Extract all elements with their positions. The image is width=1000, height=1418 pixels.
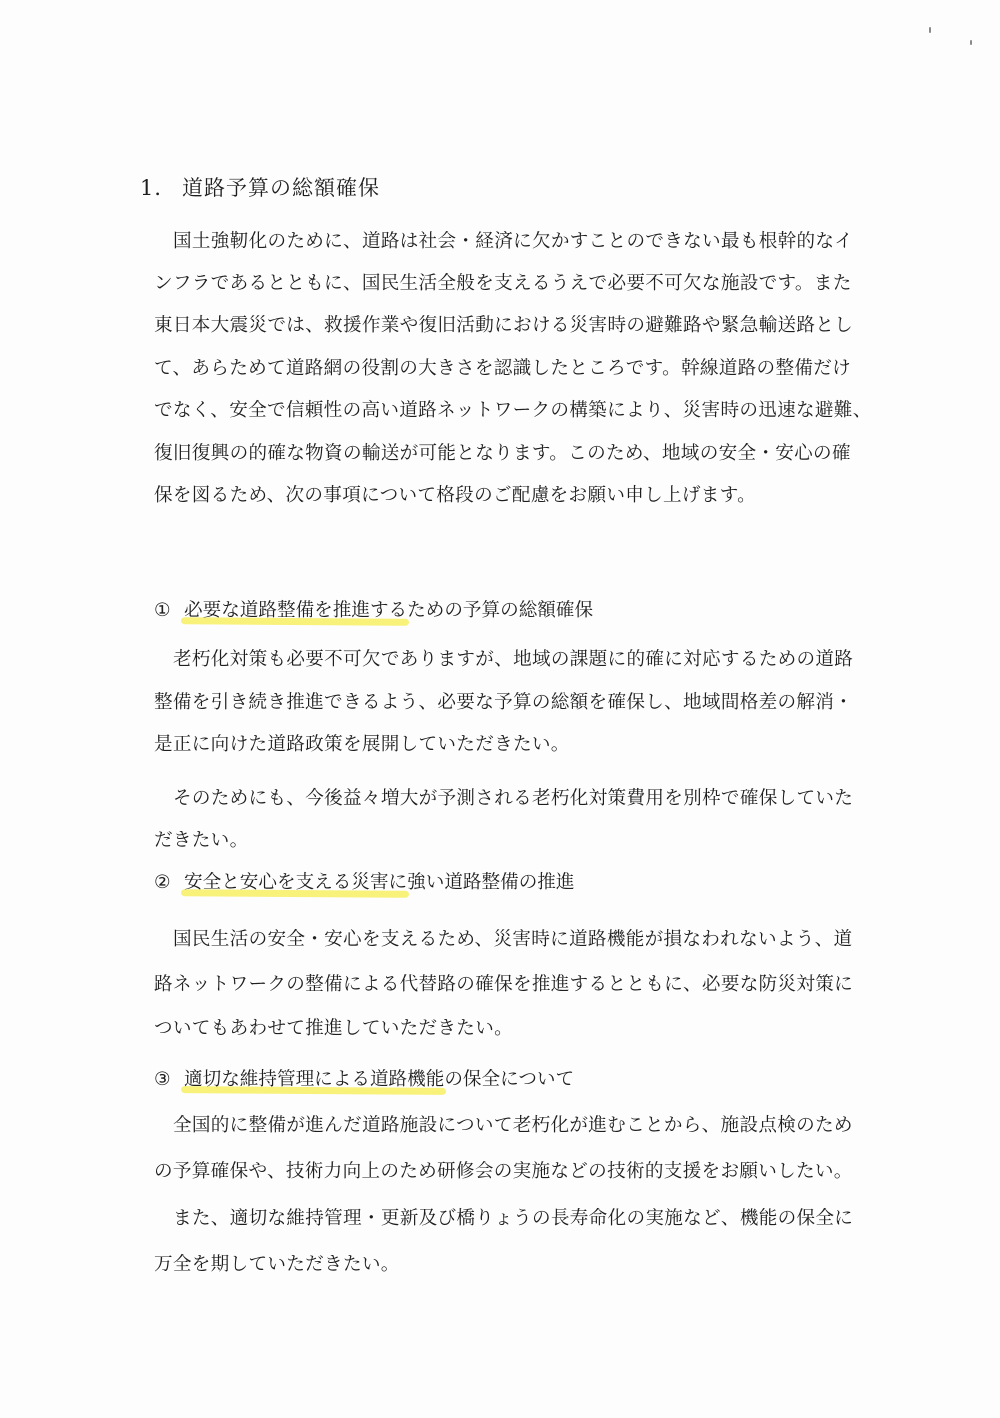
intro-line: 国土強靭化のために、道路は社会・経済に欠かすことのできない最も根幹的なイ [173,230,853,254]
section-title: 道路予算の総額確保 [182,176,380,200]
item-3-mark: ③ [154,1068,184,1092]
section-heading: 1．道路予算の総額確保 [140,172,380,202]
item-2-mark: ② [154,871,184,895]
item-2-heading: ②安全と安心を支える災害に強い道路整備の推進 [154,871,575,895]
item-3-line: また、適切な維持管理・更新及び橋りょうの長寿命化の実施など、機能の保全に [173,1207,853,1231]
scanned-document-page: 1．道路予算の総額確保 国土強靭化のために、道路は社会・経済に欠かすことのできな… [0,0,1000,1418]
scan-speck [929,27,931,33]
item-2-line: 国民生活の安全・安心を支えるため、災害時に道路機能が損なわれないよう、道 [173,928,852,952]
item-3-heading: ③適切な維持管理による道路機能の保全について [154,1068,574,1092]
item-3-line: 万全を期していただきたい。 [154,1253,400,1277]
item-1-mark: ① [154,599,184,623]
item-1-line: だきたい。 [154,829,248,853]
intro-line: 復旧復興の的確な物資の輸送が可能となります。このため、地域の安全・安心の確 [154,442,851,466]
item-2-title-rest: 強い道路整備の推進 [407,872,574,893]
intro-line: て、あらためて道路網の役割の大きさを認識したところです。幹線道路の整備だけ [154,357,851,381]
item-3-line: の予算確保や、技術力向上のため研修会の実施などの技術的支援をお願いしたい。 [154,1160,853,1184]
scan-speck [970,40,972,45]
item-3-line: 全国的に整備が進んだ道路施設について老朽化が進むことから、施設点検のため [173,1114,853,1138]
intro-line: ンフラであるとともに、国民生活全般を支えるうえで必要不可欠な施設です。また [154,272,852,296]
section-number: 1． [140,172,182,202]
item-2-highlighted-title: 安全と安心を支える災害に [184,872,407,893]
item-3-highlighted-title: 適切な維持管理による道路機能 [184,1069,444,1090]
item-1-highlighted-title: 必要な道路整備を推進する [184,600,407,621]
item-1-line: 整備を引き続き推進できるよう、必要な予算の総額を確保し、地域間格差の解消・ [154,691,853,715]
intro-line: でなく、安全で信頼性の高い道路ネットワークの構築により、災害時の迅速な避難、 [154,399,872,423]
item-1-title-rest: ための予算の総額確保 [407,600,593,621]
item-1-line: 老朽化対策も必要不可欠でありますが、地域の課題に的確に対応するための道路 [173,648,853,672]
item-2-line: ついてもあわせて推進していただきたい。 [154,1017,513,1041]
intro-line: 東日本大震災では、救援作業や復旧活動における災害時の避難路や緊急輸送路とし [154,314,853,338]
item-1-line: 是正に向けた道路政策を展開していただきたい。 [154,733,570,757]
item-3-title-rest: の保全について [444,1069,574,1090]
item-2-line: 路ネットワークの整備による代替路の確保を推進するとともに、必要な防災対策に [154,973,853,997]
intro-line: 保を図るため、次の事項について格段のご配慮をお願い申し上げます。 [154,484,756,508]
item-1-heading: ①必要な道路整備を推進するための予算の総額確保 [154,599,593,623]
item-1-line: そのためにも、今後益々増大が予測される老朽化対策費用を別枠で確保していた [173,787,853,811]
